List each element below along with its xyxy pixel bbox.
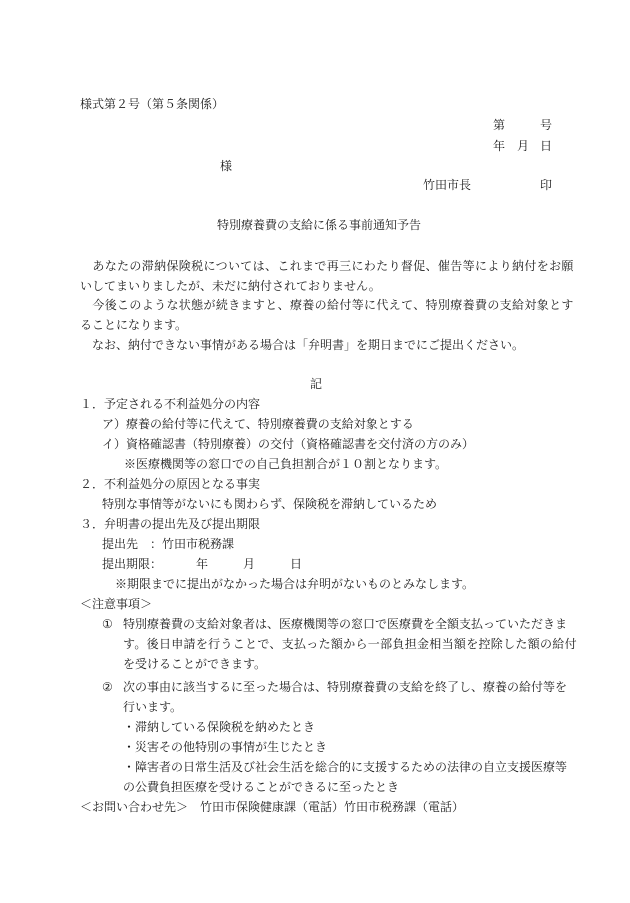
note-2-mark: ② (102, 680, 113, 694)
section-3-deadline-day: 日 (290, 557, 302, 571)
body-paragraph-2-line-1: 今後このような状態が続きますと、療養の給付等に代えて、特別療養費の支給対象とす (80, 298, 574, 312)
date-day: 日 (540, 139, 552, 153)
form-number: 様式第２号（第５条関係） (80, 97, 224, 111)
section-3-note: ※期限までに提出がなかった場合は弁明がないものとみなします。 (115, 577, 474, 591)
note-2-bullet-3-line-1: ・障害者の日常生活及び社会生活を総合的に支援するための法律の自立支援医療等 (123, 760, 567, 774)
body-paragraph-3: なお、納付できない事情がある場合は「弁明書」を期日までにご提出ください。 (80, 338, 524, 352)
issuer: 竹田市長 (423, 178, 471, 192)
addressee-suffix: 様 (220, 159, 232, 173)
doc-number-suffix: 号 (540, 118, 552, 132)
note-1-line-3: を受けることができます。 (123, 657, 266, 671)
note-2-line-1: 次の事由に該当するに至った場合は、特別療養費の支給を終了し、療養の給付等を (123, 680, 567, 694)
body-paragraph-2-line-2: ることになります。 (80, 318, 187, 332)
section-3-deadline-label: 提出期限： (102, 557, 162, 571)
section-1-note: ※医療機関等の窓口での自己負担割合が１０割となります。 (124, 457, 447, 471)
section-1-heading: １．予定される不利益処分の内容 (80, 397, 260, 411)
section-3-heading: ３．弁明書の提出先及び提出期限 (80, 517, 260, 531)
body-paragraph-1-line-2: いしてまいりましたが、未だに納付されておりません。 (80, 279, 381, 293)
date-year: 年 (493, 139, 505, 153)
note-2-bullet-3-line-2: の公費負担医療を受けることができるに至ったとき (123, 780, 399, 794)
notes-heading: ＜注意事項＞ (80, 597, 152, 611)
note-2-bullet-1: ・滞納している保険税を納めたとき (123, 720, 315, 734)
note-2-line-2: 行います。 (123, 700, 182, 714)
section-3-destination: 提出先 ：竹田市税務課 (102, 537, 234, 551)
contact-info: ＜お問い合わせ先＞ 竹田市保険健康課（電話）竹田市税務課（電話） (80, 800, 464, 814)
section-3-deadline-month: 月 (243, 557, 255, 571)
body-paragraph-1-line-1: あなたの滞納保険税については、これまで再三にわたり督促、催告等により納付をお願 (80, 259, 574, 273)
date-month: 月 (517, 139, 529, 153)
section-2-heading: ２．不利益処分の原因となる事実 (80, 477, 260, 491)
section-1-item-i: イ）資格確認書（特別療養）の交付（資格確認書を交付済の方のみ） (102, 437, 474, 451)
note-2-bullet-2: ・災害その他特別の事情が生じたとき (123, 740, 327, 754)
section-3-deadline-year: 年 (196, 557, 208, 571)
note-1-line-1: 特別療養費の支給対象者は、医療機関等の窓口で医療費を全額支払っていただきま (123, 617, 567, 631)
section-1-item-a: ア）療養の給付等に代えて、特別療養費の支給対象とする (102, 417, 414, 431)
note-1-line-2: す。後日申請を行うことで、支払った額から一部負担金相当額を控除した額の給付 (123, 637, 577, 651)
section-2-text: 特別な事情等がないにも関わらず、保険税を滞納しているため (102, 497, 437, 511)
note-1-mark: ① (102, 617, 113, 631)
seal-mark: 印 (540, 178, 552, 192)
ki-heading: 記 (310, 377, 322, 391)
document-title: 特別療養費の支給に係る事前通知予告 (217, 218, 421, 232)
doc-number-prefix: 第 (493, 118, 505, 132)
